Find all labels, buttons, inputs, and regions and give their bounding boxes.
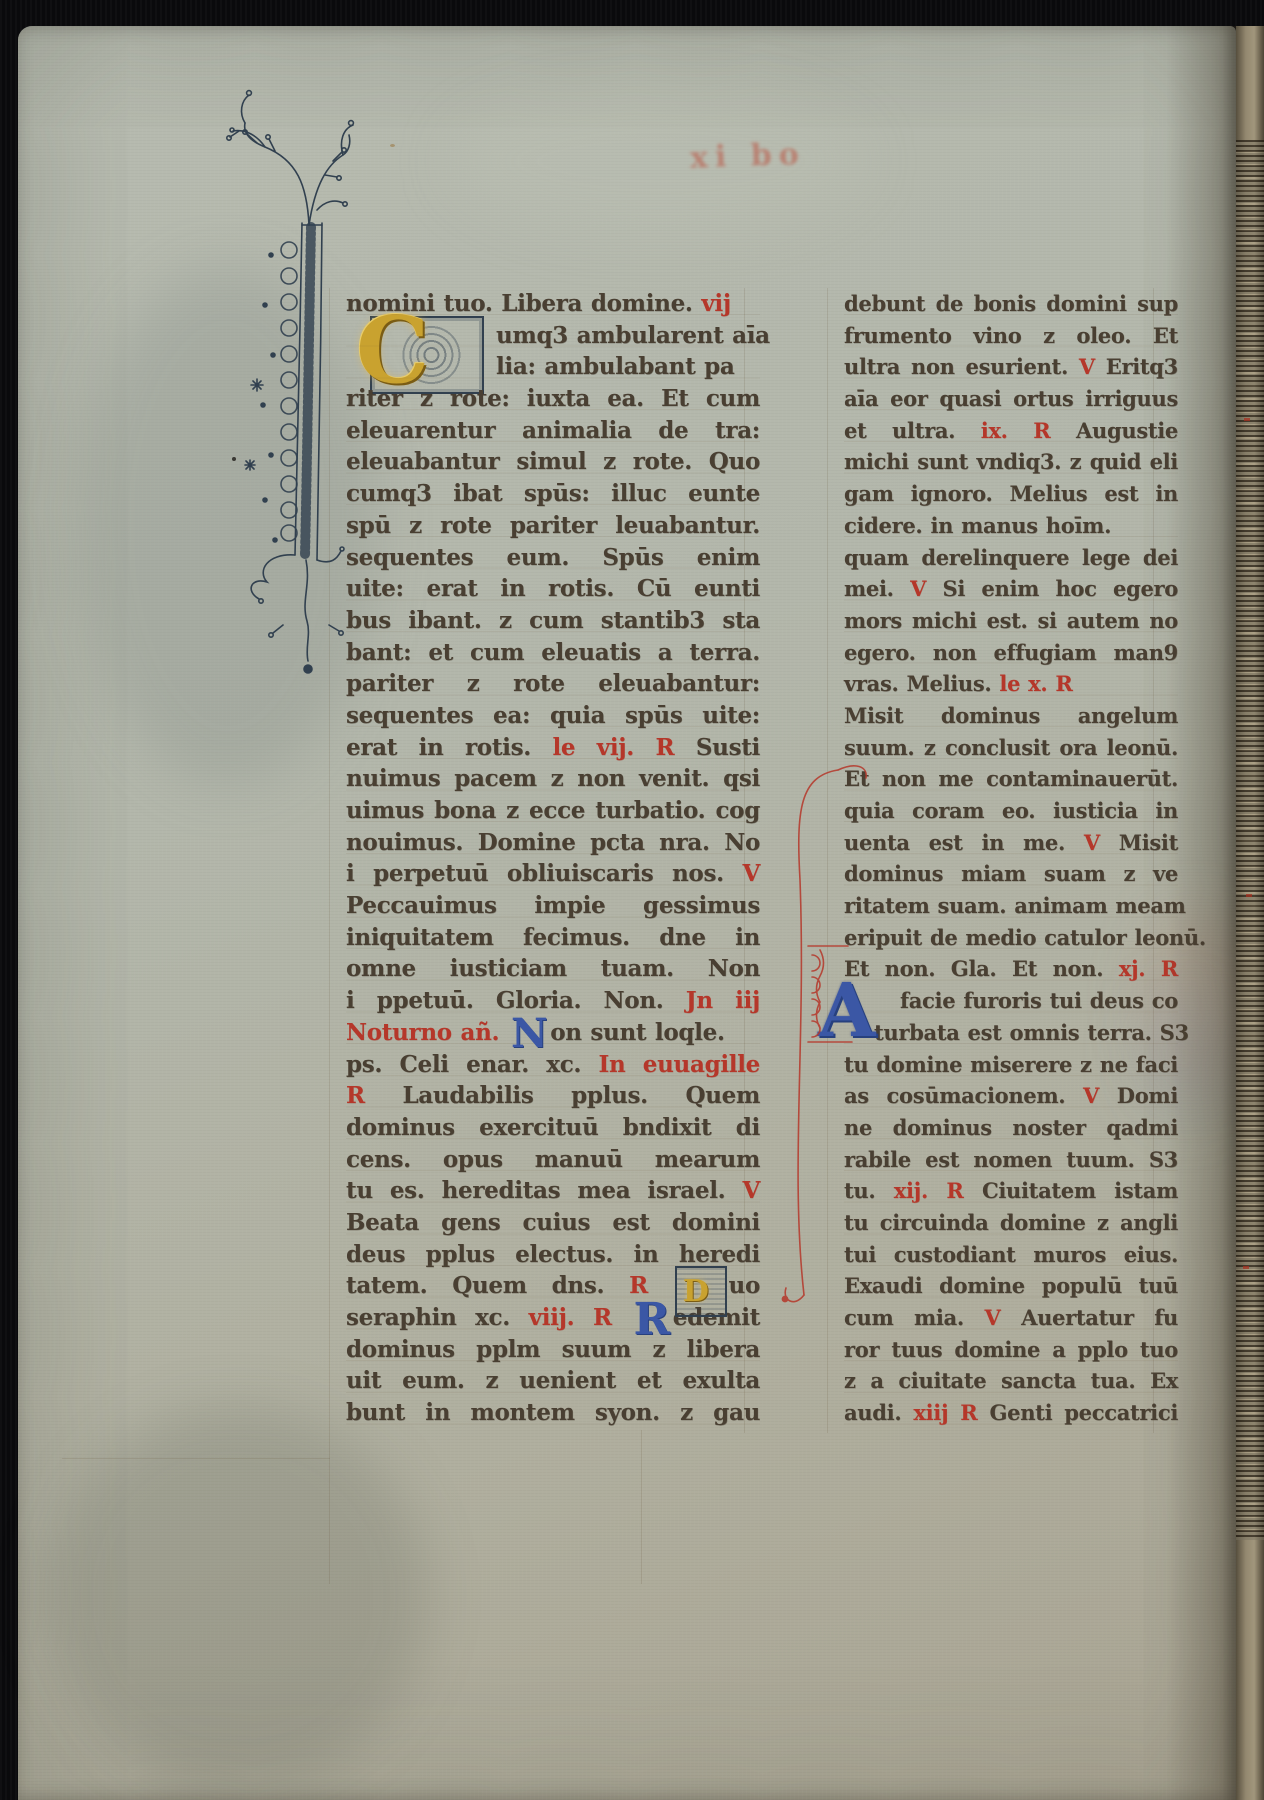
body-text: z a ciuitate sancta tua. Ex — [844, 1368, 1178, 1393]
rubric-text: Jn iij — [686, 987, 760, 1014]
body-text: omne iusticiam tuam. Non — [346, 955, 760, 982]
right-column-line-3: ultra non esurient. V Eritq3 — [844, 351, 1178, 383]
body-text: uo — [729, 1272, 760, 1299]
rubric-text: viij. R — [529, 1304, 631, 1331]
body-text: Et non me contaminauerūt. — [844, 766, 1178, 791]
ruling-line — [641, 1430, 642, 1584]
left-column-line-12: bant: et cum eleuatis a terra. — [346, 637, 760, 669]
left-column-line-29: tu es. hereditas mea israel. V — [346, 1175, 760, 1207]
body-text: ritatem suam. animam meam — [844, 893, 1186, 918]
body-text: tu domine miserere z ne faci — [844, 1052, 1178, 1077]
body-text: i perpetuū obliuiscaris nos. — [346, 860, 742, 887]
body-text: Beata gens cuius est domini — [346, 1209, 760, 1236]
penwork-border — [205, 85, 355, 715]
body-text: riter z rote: iuxta ea. Et cum — [346, 385, 760, 412]
right-column-line-33: cum mia. V Auertatur fu — [844, 1302, 1178, 1334]
right-column-line-32: Exaudi domine populū tuū — [844, 1270, 1178, 1302]
left-column-line-34: dominus pplm suum z libera — [346, 1334, 760, 1366]
body-text: spū z rote pariter leuabantur. — [346, 512, 760, 539]
left-column-line-22: omne iusticiam tuam. Non — [346, 953, 760, 985]
body-text: dominus pplm suum z libera — [346, 1336, 760, 1363]
body-text: Susti — [696, 734, 760, 761]
left-column-line-2: umq3 ambularent aīa — [346, 320, 760, 352]
body-text: Misit — [1119, 830, 1178, 855]
left-column-line-1: nomini tuo. Libera domine. vij — [346, 288, 760, 320]
left-column-line-16: nuimus pacem z non venit. qsi — [346, 763, 760, 795]
left-column-line-3: lia: ambulabant pa — [346, 351, 760, 383]
body-text: ultra non esurient. — [844, 354, 1079, 379]
right-column-line-15: suum. z conclusit ora leonū. — [844, 732, 1178, 764]
body-text: on sunt loqle. — [550, 1019, 724, 1046]
left-column-line-35: uit eum. z uenient et exulta — [346, 1365, 760, 1397]
right-column-line-17: quia coram eo. iusticia in — [844, 795, 1178, 827]
left-column-line-5: eleuarentur animalia de tra: — [346, 415, 760, 447]
rubric-text: le x. R — [999, 671, 1072, 696]
right-column-line-31: tui custodiant muros eius. — [844, 1239, 1178, 1271]
lombard-initial-r: R — [633, 1294, 669, 1345]
left-column-line-10: uite: erat in rotis. Cū eunti — [346, 573, 760, 605]
left-column-line-8: spū z rote pariter leuabantur. — [346, 510, 760, 542]
body-text: et ultra. — [844, 418, 981, 443]
text-column-left: nomini tuo. Libera domine. vijumq3 ambul… — [346, 288, 760, 1429]
right-column-line-23: facie furoris tui deus co — [844, 985, 1178, 1017]
right-column-line-4: aīa eor quasi ortus irriguus — [844, 383, 1178, 415]
right-column-line-24: turbata est omnis terra. S3 — [844, 1017, 1178, 1049]
right-column-line-9: quam derelinquere lege dei — [844, 542, 1178, 574]
body-text: pariter z rote eleuabantur: — [346, 670, 760, 697]
right-column-line-26: as cosūmacionem. V Domi — [844, 1080, 1178, 1112]
left-column-line-7: cumq3 ibat spūs: illuc eunte — [346, 478, 760, 510]
left-column-line-13: pariter z rote eleuabantur: — [346, 668, 760, 700]
body-text: uit eum. z uenient et exulta — [346, 1367, 760, 1394]
body-text: eleuarentur animalia de tra: — [346, 417, 760, 444]
right-column-line-21: eripuit de medio catulor leonū. — [844, 922, 1178, 954]
body-text: erat in rotis. — [346, 734, 552, 761]
offset-rubric-ghost: xi bo — [689, 135, 850, 176]
body-text: Ciuitatem istam — [982, 1178, 1178, 1203]
red-penwork-flourish — [760, 740, 880, 1340]
body-text: seraphin xc. — [346, 1304, 529, 1331]
body-text: Misit dominus angelum — [844, 703, 1178, 728]
body-text: debunt de bonis domini sup — [844, 291, 1178, 316]
right-column-line-2: frumento vino z oleo. Et — [844, 320, 1178, 352]
body-text: Si enim hoc egero — [942, 576, 1178, 601]
rubric-text: V — [1083, 1083, 1117, 1108]
body-text: uite: erat in rotis. Cū eunti — [346, 575, 760, 602]
body-text: deus pplus electus. in heredi — [346, 1241, 760, 1268]
body-text: dominus exercituū bndixit di — [346, 1114, 760, 1141]
body-text: mors michi est. si autem no — [844, 608, 1178, 633]
left-column-line-17: uimus bona z ecce turbatio. cog — [346, 795, 760, 827]
left-column-line-18: nouimus. Domine pcta nra. No — [346, 827, 760, 859]
rubric-text: In euuagille — [599, 1051, 760, 1078]
right-column-line-22: Et non. Gla. Et non. xj. R — [844, 953, 1178, 985]
body-text: dominus miam suam z ve — [844, 861, 1178, 886]
body-text: bant: et cum eleuatis a terra. — [346, 639, 760, 666]
body-text: turbata est omnis terra. S3 — [874, 1020, 1189, 1045]
right-column-line-8: cidere. in manus hoīm. — [844, 510, 1178, 542]
ink-speck — [390, 144, 395, 147]
body-text: Auertatur fu — [1021, 1305, 1178, 1330]
ruling-line — [62, 1458, 330, 1459]
body-text: tatem. Quem dns. — [346, 1272, 629, 1299]
left-column-line-9: sequentes eum. Spūs enim — [346, 542, 760, 574]
body-text: nomini tuo. Libera domine. — [346, 290, 701, 317]
right-column-line-13: vras. Melius. le x. R — [844, 668, 1178, 700]
body-text: bunt in montem syon. z gau — [346, 1399, 760, 1426]
right-column-line-35: z a ciuitate sancta tua. Ex — [844, 1365, 1178, 1397]
body-text: Exaudi domine populū tuū — [844, 1273, 1178, 1298]
body-text: tu es. hereditas mea israel. — [346, 1177, 742, 1204]
body-text: tu circuinda domine z angli — [844, 1210, 1178, 1235]
body-text: eripuit de medio catulor leonū. — [844, 925, 1206, 950]
body-text: michi sunt vndiq3. z quid eli — [844, 449, 1178, 474]
body-text: umq3 ambularent aīa — [496, 322, 770, 349]
right-column-line-25: tu domine miserere z ne faci — [844, 1049, 1178, 1081]
right-column-line-6: michi sunt vndiq3. z quid eli — [844, 446, 1178, 478]
body-text: tui custodiant muros eius. — [844, 1242, 1178, 1267]
body-text: cidere. in manus hoīm. — [844, 513, 1111, 538]
body-text: Eritq3 — [1106, 354, 1178, 379]
right-column-line-30: tu circuinda domine z angli — [844, 1207, 1178, 1239]
body-text: uimus bona z ecce turbatio. cog — [346, 797, 760, 824]
rubric-text: V — [742, 860, 760, 887]
left-column-line-26: R Laudabilis pplus. Quem — [346, 1080, 760, 1112]
body-text: facie furoris tui deus co — [900, 988, 1178, 1013]
body-text: ps. Celi enar. xc. — [346, 1051, 599, 1078]
body-text: Laudabilis pplus. Quem — [402, 1082, 760, 1109]
manuscript-page: xi bo — [18, 26, 1236, 1800]
lombard-initial-d: D — [675, 1266, 727, 1317]
rubric-text: xij. R — [894, 1178, 982, 1203]
rubric-text: ix. R — [981, 418, 1076, 443]
left-column-line-11: bus ibant. z cum stantib3 sta — [346, 605, 760, 637]
left-column-line-23: i ppetuū. Gloria. Non. Jn iij — [346, 985, 760, 1017]
body-text: vras. Melius. — [844, 671, 999, 696]
rubric-text: R — [346, 1082, 402, 1109]
right-column-line-34: ror tuus domine a pplo tuo — [844, 1334, 1178, 1366]
body-text: Augustie — [1076, 418, 1178, 443]
body-text: iniquitatem fecimus. dne in — [346, 924, 760, 951]
left-column-line-20: Peccauimus impie gessimus — [346, 890, 760, 922]
left-column-line-14: sequentes ea: quia spūs uite: — [346, 700, 760, 732]
rubric-text: V — [1084, 830, 1119, 855]
left-column-line-6: eleuabantur simul z rote. Quo — [346, 446, 760, 478]
rubric-text: vij — [701, 290, 731, 317]
right-column-line-16: Et non me contaminauerūt. — [844, 763, 1178, 795]
body-text: bus ibant. z cum stantib3 sta — [346, 607, 760, 634]
right-column-line-1: debunt de bonis domini sup — [844, 288, 1178, 320]
body-text: eleuabantur simul z rote. Quo — [346, 448, 760, 475]
rubric-text: xj. R — [1119, 956, 1178, 981]
body-text: nuimus pacem z non venit. qsi — [346, 765, 760, 792]
parchment-stain — [48, 1406, 428, 1786]
photo-stage: xi bo — [0, 0, 1264, 1800]
right-column-line-28: rabile est nomen tuum. S3 — [844, 1144, 1178, 1176]
rubric-text: Noturno añ. — [346, 1019, 508, 1046]
right-column-line-11: mors michi est. si autem no — [844, 605, 1178, 637]
book-fore-edge — [1236, 26, 1264, 1800]
body-text: ror tuus domine a pplo tuo — [844, 1337, 1178, 1362]
body-text: sequentes ea: quia spūs uite: — [346, 702, 760, 729]
right-column-line-19: dominus miam suam z ve — [844, 858, 1178, 890]
rubric-text: le vij. R — [552, 734, 695, 761]
right-column-line-10: mei. V Si enim hoc egero — [844, 573, 1178, 605]
right-column-line-12: egero. non effugiam man9 — [844, 637, 1178, 669]
right-column-line-36: audi. xiij R Genti peccatrici — [844, 1397, 1178, 1429]
rubric-text: V — [742, 1177, 760, 1204]
rubric-text: V — [1079, 354, 1106, 379]
body-text: frumento vino z oleo. Et — [844, 323, 1178, 348]
body-text: quia coram eo. iusticia in — [844, 798, 1178, 823]
body-text: lia: ambulabant pa — [496, 353, 734, 380]
red-ink-fleck — [1246, 894, 1252, 897]
lombard-initial-n: N — [511, 1010, 547, 1057]
right-column-line-5: et ultra. ix. R Augustie — [844, 415, 1178, 447]
body-text: Et non. Gla. Et non. — [844, 956, 1119, 981]
right-column-line-18: uenta est in me. V Misit — [844, 827, 1178, 859]
body-text: rabile est nomen tuum. S3 — [844, 1147, 1178, 1172]
body-text: ne dominus noster qadmi — [844, 1115, 1178, 1140]
body-text: mei. — [844, 576, 910, 601]
body-text: cens. opus manuū mearum — [346, 1146, 760, 1173]
body-text: Genti peccatrici — [990, 1400, 1179, 1425]
right-column-line-27: ne dominus noster qadmi — [844, 1112, 1178, 1144]
body-text: Peccauimus impie gessimus — [346, 892, 760, 919]
body-text: gam ignoro. Melius est in — [844, 481, 1178, 506]
body-text: egero. non effugiam man9 — [844, 640, 1178, 665]
left-column-line-25: ps. Celi enar. xc. In euuagille — [346, 1049, 760, 1081]
body-text: Domi — [1117, 1083, 1178, 1108]
left-column-line-15: erat in rotis. le vij. R Susti — [346, 732, 760, 764]
left-column-line-27: dominus exercituū bndixit di — [346, 1112, 760, 1144]
left-column-line-36: bunt in montem syon. z gau — [346, 1397, 760, 1429]
left-column-line-32: tatem. Quem dns. R Duo — [346, 1270, 760, 1302]
left-column-line-24: Noturno añ. Non sunt loqle. — [346, 1017, 760, 1049]
left-column-line-21: iniquitatem fecimus. dne in — [346, 922, 760, 954]
red-ink-fleck — [1243, 1266, 1249, 1269]
left-column-line-19: i perpetuū obliuiscaris nos. V — [346, 858, 760, 890]
rubric-text: V — [910, 576, 942, 601]
body-text: suum. z conclusit ora leonū. — [844, 735, 1178, 760]
body-text: audi. — [844, 1400, 913, 1425]
right-column-line-29: tu. xij. R Ciuitatem istam — [844, 1175, 1178, 1207]
right-column-line-14: Misit dominus angelum — [844, 700, 1178, 732]
rubric-text: V — [984, 1305, 1021, 1330]
red-ink-fleck — [1244, 418, 1250, 421]
body-text: sequentes eum. Spūs enim — [346, 544, 760, 571]
body-text: aīa eor quasi ortus irriguus — [844, 386, 1178, 411]
rubric-text: xiij R — [913, 1400, 989, 1425]
text-column-right: debunt de bonis domini supfrumento vino … — [844, 288, 1178, 1429]
right-column-line-20: ritatem suam. animam meam — [844, 890, 1178, 922]
right-column-line-7: gam ignoro. Melius est in — [844, 478, 1178, 510]
body-text: nouimus. Domine pcta nra. No — [346, 829, 760, 856]
left-column-line-28: cens. opus manuū mearum — [346, 1144, 760, 1176]
body-text: quam derelinquere lege dei — [844, 545, 1178, 570]
left-column-line-4: riter z rote: iuxta ea. Et cum — [346, 383, 760, 415]
fore-edge-page-lines — [1236, 140, 1264, 1540]
body-text: cumq3 ibat spūs: illuc eunte — [346, 480, 760, 507]
left-column-line-30: Beata gens cuius est domini — [346, 1207, 760, 1239]
